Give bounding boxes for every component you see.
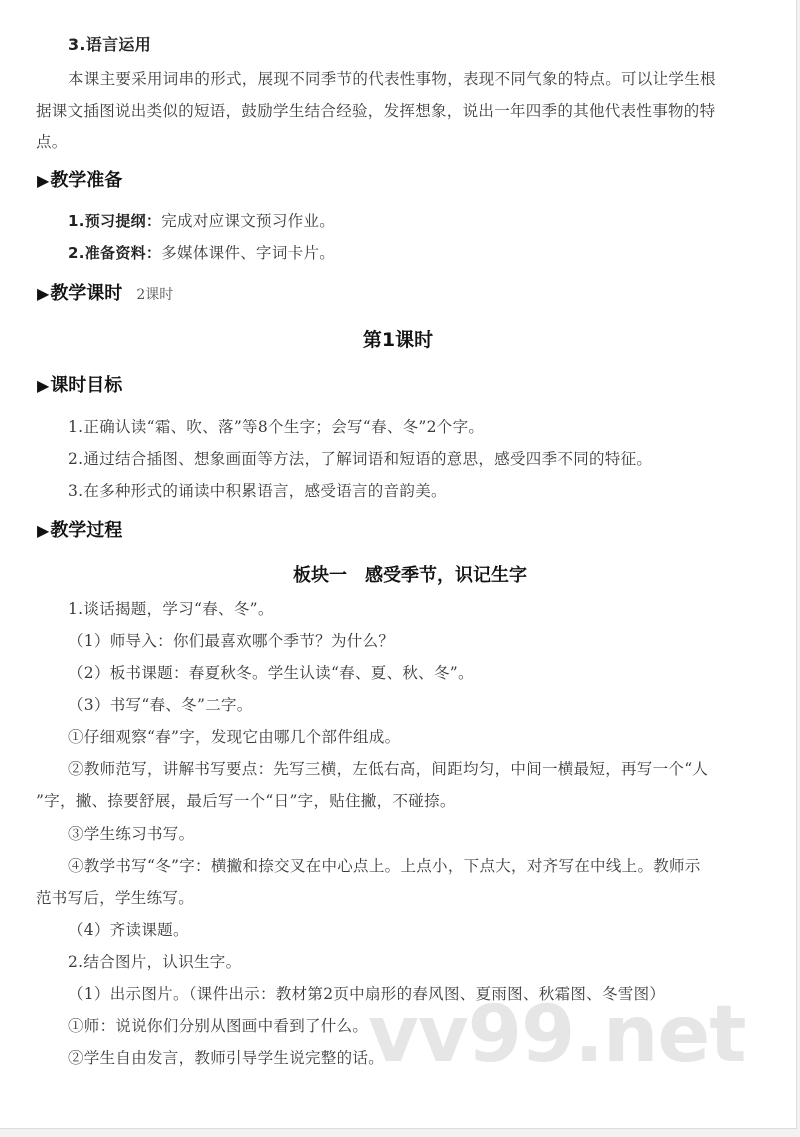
section-heading-language-use: 3.语言运用 (68, 32, 151, 55)
heading-text: 教学准备 (50, 170, 122, 191)
goal-item: 2.通过结合插图、想象画面等方法，了解词语和短语的意思，感受四季不同的特征。 (68, 447, 652, 469)
heading-text: 教学过程 (50, 520, 122, 541)
triangle-marker-icon: ▶ (37, 376, 49, 395)
paragraph-line: 点。 (36, 130, 68, 152)
paragraph-line: 据课文插图说出类似的短语，鼓励学生结合经验，发挥想象，说出一年四季的其他代表性事… (36, 99, 715, 121)
goal-item: 3.在多种形式的诵读中积累语言，感受语言的音韵美。 (68, 479, 447, 501)
process-line: （4）齐读课题。 (68, 918, 189, 940)
process-line: 2.结合图片，认识生字。 (68, 950, 241, 972)
section-heading-prep: ▶教学准备 (37, 166, 122, 192)
prep-item: 1.预习提纲：完成对应课文预习作业。 (68, 209, 335, 231)
process-line: 1.谈话揭题，学习“春、冬”。 (68, 597, 274, 619)
section-heading-hours: ▶教学课时2课时 (37, 279, 173, 305)
section-heading-process: ▶教学过程 (37, 516, 122, 542)
process-line: （3）书写“春、冬”二字。 (68, 693, 253, 715)
paragraph-line: 本课主要采用词串的形式，展现不同季节的代表性事物，表现不同气象的特点。可以让学生… (68, 67, 716, 89)
process-line: ①仔细观察“春”字，发现它由哪几个部件组成。 (68, 725, 400, 747)
section-heading-goals: ▶课时目标 (37, 371, 122, 397)
process-line: （1）师导入：你们最喜欢哪个季节？为什么？ (68, 629, 394, 651)
goal-item: 1.正确认读“霜、吹、落”等8个生字；会写“春、冬”2个字。 (68, 415, 484, 437)
process-line: ③学生练习书写。 (68, 822, 194, 844)
prep-item: 2.准备资料：多媒体课件、字词卡片。 (68, 241, 335, 263)
prep-item-label: 2.准备资料： (68, 244, 161, 262)
triangle-marker-icon: ▶ (37, 171, 49, 190)
process-line: ”字，撇、捺要舒展，最后写一个“日”字，贴住撇，不碰捺。 (36, 789, 456, 811)
process-line: ①师：说说你们分别从图画中看到了什么。 (68, 1014, 368, 1036)
process-line: ④教学书写“冬”字：横撇和捺交叉在中心点上。上点小，下点大，对齐写在中线上。教师… (68, 854, 701, 876)
lesson-title: 第1课时 (0, 325, 796, 352)
heading-text: 教学课时 (50, 283, 122, 304)
watermark: vv99.net (368, 990, 746, 1080)
process-line: ②学生自由发言，教师引导学生说完整的话。 (68, 1046, 384, 1068)
block-title: 板块一 感受季节，识记生字 (12, 561, 800, 587)
triangle-marker-icon: ▶ (37, 521, 49, 540)
prep-item-text: 完成对应课文预习作业。 (161, 212, 335, 230)
document-page: 3.语言运用 本课主要采用词串的形式，展现不同季节的代表性事物，表现不同气象的特… (0, 0, 797, 1129)
heading-text: 课时目标 (50, 375, 122, 396)
process-line: （2）板书课题：春夏秋冬。学生认读“春、夏、秋、冬”。 (68, 661, 474, 683)
process-line: ②教师范写，讲解书写要点：先写三横，左低右高，间距均匀，中间一横最短，再写一个“… (68, 757, 708, 779)
prep-item-text: 多媒体课件、字词卡片。 (161, 244, 335, 262)
prep-item-label: 1.预习提纲： (68, 212, 161, 230)
hours-value: 2课时 (136, 287, 173, 303)
triangle-marker-icon: ▶ (37, 284, 49, 303)
process-line: 范书写后，学生练写。 (36, 886, 194, 908)
